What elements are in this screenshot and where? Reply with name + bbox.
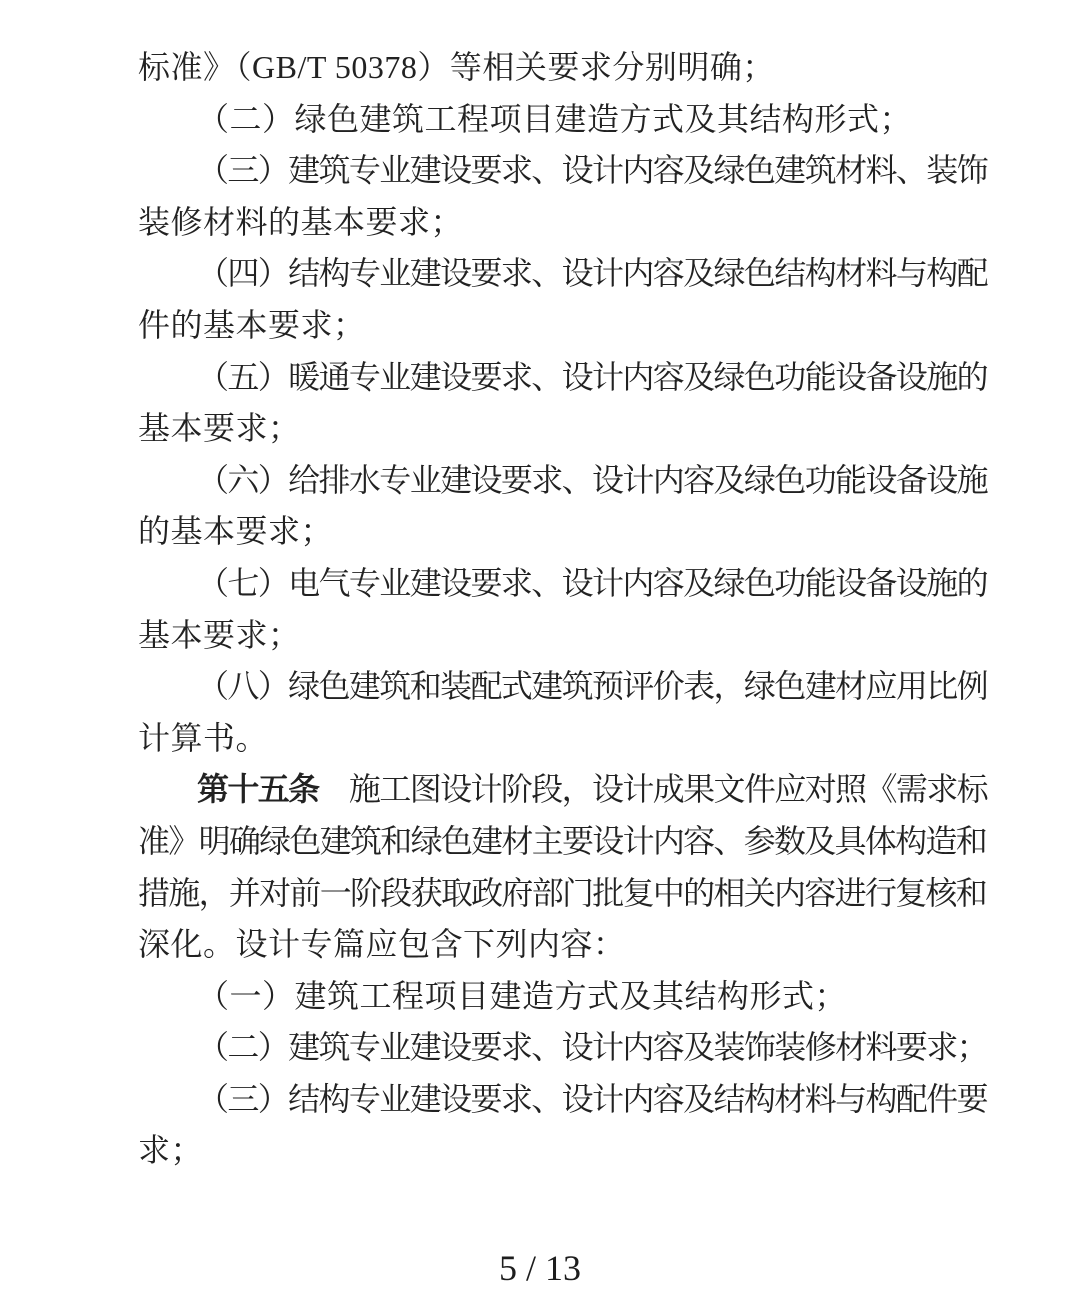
document-page: 标准》（GB/T 50378）等相关要求分别明确；（二）绿色建筑工程项目建造方式… [0, 0, 1080, 1297]
text-line: （五）暖通专业建设要求、设计内容及绿色功能设备设施的 [138, 352, 1000, 404]
text-line: 计算书。 [138, 713, 1000, 765]
text-line: 的基本要求； [138, 506, 1000, 558]
text-line: 求； [138, 1125, 1000, 1177]
document-body: 标准》（GB/T 50378）等相关要求分别明确；（二）绿色建筑工程项目建造方式… [138, 42, 1000, 1177]
text-line: 深化。设计专篇应包含下列内容： [138, 919, 1000, 971]
page-footer: 5 / 13 [0, 1248, 1080, 1288]
text-line: 措施，并对前一阶段获取政府部门批复中的相关内容进行复核和 [138, 868, 1000, 920]
text-line: （二）建筑专业建设要求、设计内容及装饰装修材料要求； [138, 1022, 1000, 1074]
text-line: （三）结构专业建设要求、设计内容及结构材料与构配件要 [138, 1074, 1000, 1126]
text-line: 件的基本要求； [138, 300, 1000, 352]
text-line: 准》明确绿色建筑和绿色建材主要设计内容、参数及具体构造和 [138, 816, 1000, 868]
page-number: 5 / 13 [499, 1248, 581, 1288]
text-line: （六）给排水专业建设要求、设计内容及绿色功能设备设施 [138, 455, 1000, 507]
text-line: 基本要求； [138, 610, 1000, 662]
text-line: （三）建筑专业建设要求、设计内容及绿色建筑材料、装饰 [138, 145, 1000, 197]
text-line: （四）结构专业建设要求、设计内容及绿色结构材料与构配 [138, 248, 1000, 300]
article-number: 第十五条 [197, 771, 319, 807]
text-line: 装修材料的基本要求； [138, 197, 1000, 249]
text-line: （二）绿色建筑工程项目建造方式及其结构形式； [138, 94, 1000, 146]
text-line: （八）绿色建筑和装配式建筑预评价表，绿色建材应用比例 [138, 661, 1000, 713]
text-line: 基本要求； [138, 403, 1000, 455]
text-line: 标准》（GB/T 50378）等相关要求分别明确； [138, 42, 1000, 94]
text-line: （一）建筑工程项目建造方式及其结构形式； [138, 971, 1000, 1023]
text-line: （七）电气专业建设要求、设计内容及绿色功能设备设施的 [138, 558, 1000, 610]
text-line: 第十五条 施工图设计阶段，设计成果文件应对照《需求标 [138, 764, 1000, 816]
